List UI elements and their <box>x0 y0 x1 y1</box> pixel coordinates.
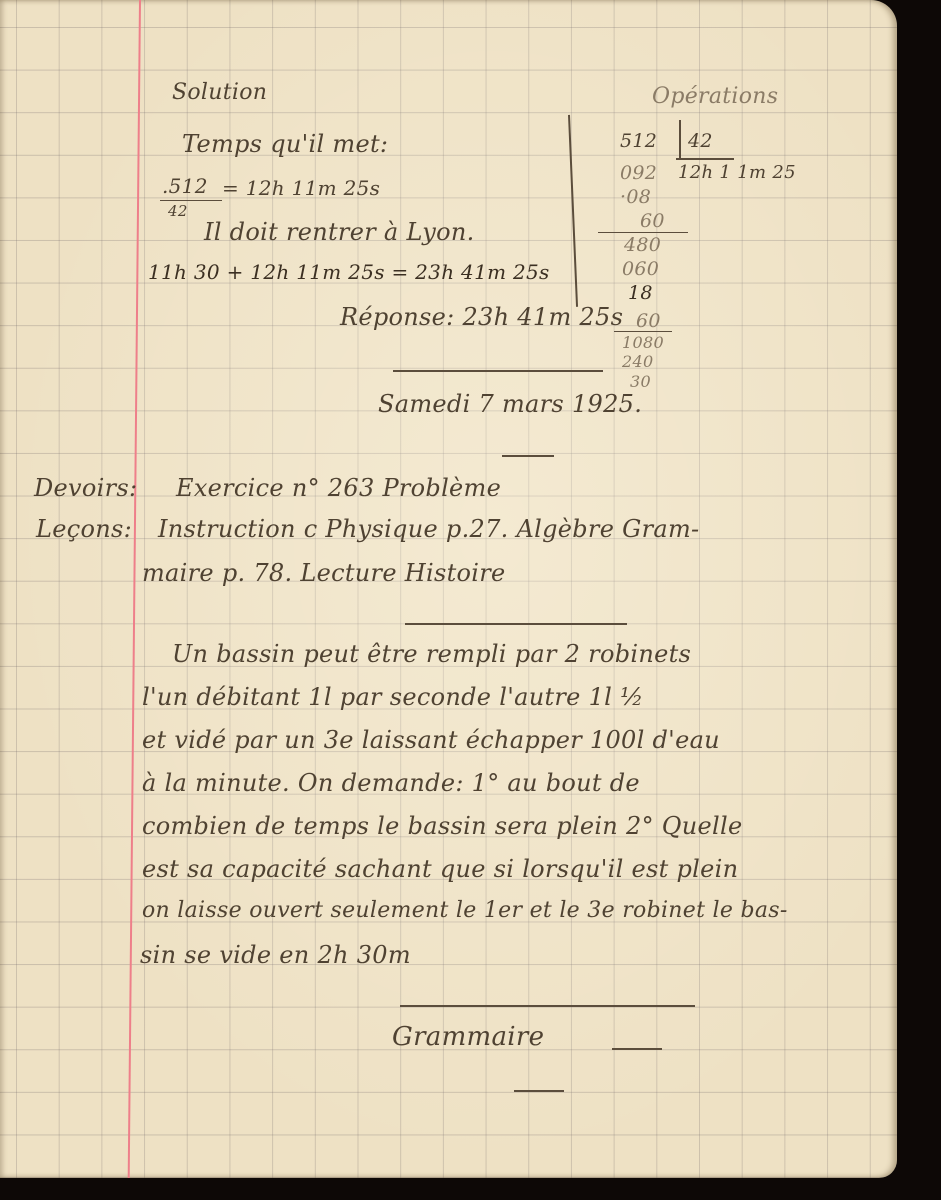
solution-line-lyon: Il doit rentrer à Lyon. <box>204 218 475 246</box>
fraction-numerator: .512 <box>162 174 208 198</box>
problem-line: est sa capacité sachant que si lorsqu'il… <box>142 855 738 883</box>
fraction-denominator: 42 <box>168 202 188 220</box>
problem-line: l'un débitant 1l par seconde l'autre 1l … <box>142 683 644 711</box>
division-bar-horizontal <box>676 158 734 160</box>
problem-line: et vidé par un 3e laissant échapper 100l… <box>142 726 720 754</box>
lecons-line2: maire p. 78. Lecture Histoire <box>142 559 506 587</box>
op-step: 480 <box>624 234 661 256</box>
solution-eq2: 11h 30 + 12h 11m 25s = 23h 41m 25s <box>148 260 550 284</box>
section-rule <box>393 370 603 372</box>
problem-line: Un bassin peut être rempli par 2 robinet… <box>172 640 691 668</box>
problem-line: combien de temps le bassin sera plein 2°… <box>142 812 742 840</box>
divisor: 42 <box>688 130 713 152</box>
dividend: 512 <box>620 130 657 152</box>
problem-line: on laisse ouvert seulement le 1er et le … <box>142 898 788 923</box>
solution-answer: Réponse: 23h 41m 25s <box>340 303 623 331</box>
op-step: 18 <box>628 282 653 304</box>
section-rule <box>400 1005 695 1007</box>
op-step: 060 <box>622 258 659 280</box>
devoirs-label: Devoirs: <box>34 474 137 502</box>
date-heading: Samedi 7 mars 1925. <box>378 390 642 418</box>
op-step: 092 <box>620 162 657 184</box>
op-step: ·08 <box>620 186 651 208</box>
solution-line-time: Temps qu'il met: <box>182 130 388 158</box>
quotient: 12h 1 1m 25 <box>678 162 796 183</box>
solution-title: Solution <box>172 80 267 105</box>
op-step: 240 <box>622 352 653 371</box>
division-bar-vertical <box>679 120 681 160</box>
section-rule <box>405 623 627 625</box>
heading-underline <box>612 1048 662 1050</box>
lecons-line1: Instruction c Physique p.27. Algèbre Gra… <box>158 515 699 543</box>
column-divider <box>568 115 578 307</box>
op-step: 60 <box>636 310 661 332</box>
op-step: 1080 <box>622 333 664 352</box>
op-step: 60 <box>640 210 665 232</box>
notebook-page: Solution Temps qu'il met: .512 42 = 12h … <box>0 0 897 1178</box>
grammaire-heading: Grammaire <box>392 1022 544 1052</box>
lecons-label: Leçons: <box>36 515 132 543</box>
problem-line: sin se vide en 2h 30m <box>140 941 411 969</box>
devoirs-text: Exercice n° 263 Problème <box>176 474 501 502</box>
op-rule <box>598 232 688 233</box>
short-rule <box>514 1090 564 1092</box>
operations-title: Opérations <box>652 84 778 109</box>
op-step: 30 <box>630 372 651 391</box>
short-rule <box>502 455 554 457</box>
solution-eq1: = 12h 11m 25s <box>222 176 380 200</box>
problem-line: à la minute. On demande: 1° au bout de <box>142 769 640 797</box>
red-margin-line <box>128 0 141 1178</box>
op-rule <box>614 331 672 332</box>
